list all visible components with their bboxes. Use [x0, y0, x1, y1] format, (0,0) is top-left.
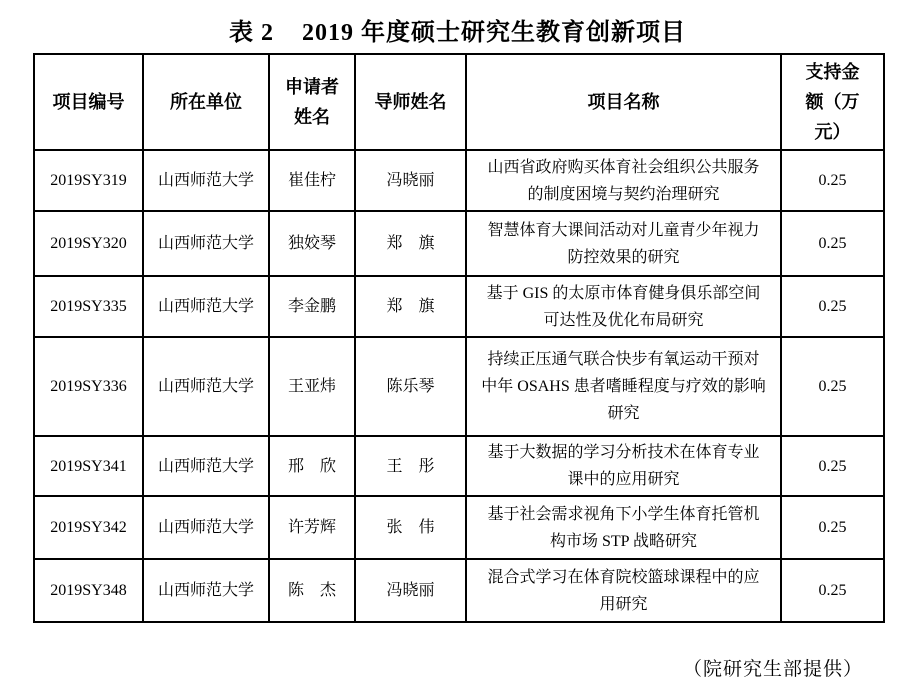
- cell-project-id: 2019SY335: [34, 276, 143, 337]
- cell-applicant: 王亚炜: [269, 337, 355, 436]
- cell-advisor: 王 彤: [355, 436, 466, 496]
- column-header-applicant: 申请者姓名: [269, 54, 355, 150]
- cell-project-name: 混合式学习在体育院校篮球课程中的应用研究: [466, 559, 781, 622]
- cell-project-id: 2019SY319: [34, 150, 143, 211]
- cell-amount: 0.25: [781, 496, 884, 559]
- cell-unit: 山西师范大学: [143, 150, 269, 211]
- document-page: 表 2 2019 年度硕士研究生教育创新项目 项目编号 所在单位 申请者姓名 导…: [0, 0, 915, 687]
- table-row: 2019SY319 山西师范大学 崔佳柠 冯晓丽 山西省政府购买体育社会组织公共…: [34, 150, 884, 211]
- cell-project-id: 2019SY320: [34, 211, 143, 276]
- cell-applicant: 陈 杰: [269, 559, 355, 622]
- cell-project-name: 持续正压通气联合快步有氧运动干预对中年 OSAHS 患者嗜睡程度与疗效的影响研究: [466, 337, 781, 436]
- cell-advisor: 郑 旗: [355, 211, 466, 276]
- cell-project-id: 2019SY336: [34, 337, 143, 436]
- cell-project-name: 山西省政府购买体育社会组织公共服务的制度困境与契约治理研究: [466, 150, 781, 211]
- cell-unit: 山西师范大学: [143, 211, 269, 276]
- cell-unit: 山西师范大学: [143, 496, 269, 559]
- cell-amount: 0.25: [781, 559, 884, 622]
- table-row: 2019SY336 山西师范大学 王亚炜 陈乐琴 持续正压通气联合快步有氧运动干…: [34, 337, 884, 436]
- cell-advisor: 郑 旗: [355, 276, 466, 337]
- table-row: 2019SY348 山西师范大学 陈 杰 冯晓丽 混合式学习在体育院校篮球课程中…: [34, 559, 884, 622]
- column-header-project-name: 项目名称: [466, 54, 781, 150]
- table-header-row: 项目编号 所在单位 申请者姓名 导师姓名 项目名称 支持金额（万元）: [34, 54, 884, 150]
- cell-unit: 山西师范大学: [143, 337, 269, 436]
- cell-applicant: 许芳辉: [269, 496, 355, 559]
- column-header-unit: 所在单位: [143, 54, 269, 150]
- cell-project-id: 2019SY341: [34, 436, 143, 496]
- cell-project-name: 基于社会需求视角下小学生体育托管机构市场 STP 战略研究: [466, 496, 781, 559]
- cell-applicant: 李金鹏: [269, 276, 355, 337]
- cell-project-id: 2019SY348: [34, 559, 143, 622]
- cell-advisor: 张 伟: [355, 496, 466, 559]
- cell-unit: 山西师范大学: [143, 276, 269, 337]
- cell-advisor: 陈乐琴: [355, 337, 466, 436]
- table-row: 2019SY342 山西师范大学 许芳辉 张 伟 基于社会需求视角下小学生体育托…: [34, 496, 884, 559]
- cell-advisor: 冯晓丽: [355, 559, 466, 622]
- cell-unit: 山西师范大学: [143, 436, 269, 496]
- cell-amount: 0.25: [781, 436, 884, 496]
- projects-table: 项目编号 所在单位 申请者姓名 导师姓名 项目名称 支持金额（万元） 2019S…: [33, 53, 885, 623]
- cell-amount: 0.25: [781, 150, 884, 211]
- cell-applicant: 独姣琴: [269, 211, 355, 276]
- cell-applicant: 邢 欣: [269, 436, 355, 496]
- table-row: 2019SY335 山西师范大学 李金鹏 郑 旗 基于 GIS 的太原市体育健身…: [34, 276, 884, 337]
- column-header-amount: 支持金额（万元）: [781, 54, 884, 150]
- column-header-project-id: 项目编号: [34, 54, 143, 150]
- cell-project-name: 基于大数据的学习分析技术在体育专业课中的应用研究: [466, 436, 781, 496]
- table-row: 2019SY341 山西师范大学 邢 欣 王 彤 基于大数据的学习分析技术在体育…: [34, 436, 884, 496]
- cell-project-name: 智慧体育大课间活动对儿童青少年视力防控效果的研究: [466, 211, 781, 276]
- cell-advisor: 冯晓丽: [355, 150, 466, 211]
- cell-amount: 0.25: [781, 337, 884, 436]
- cell-amount: 0.25: [781, 276, 884, 337]
- cell-project-name: 基于 GIS 的太原市体育健身俱乐部空间可达性及优化布局研究: [466, 276, 781, 337]
- cell-unit: 山西师范大学: [143, 559, 269, 622]
- table-caption: 表 2 2019 年度硕士研究生教育创新项目: [0, 12, 915, 47]
- cell-applicant: 崔佳柠: [269, 150, 355, 211]
- column-header-advisor: 导师姓名: [355, 54, 466, 150]
- cell-amount: 0.25: [781, 211, 884, 276]
- cell-project-id: 2019SY342: [34, 496, 143, 559]
- table-row: 2019SY320 山西师范大学 独姣琴 郑 旗 智慧体育大课间活动对儿童青少年…: [34, 211, 884, 276]
- attribution-note: （院研究生部提供）: [0, 654, 915, 681]
